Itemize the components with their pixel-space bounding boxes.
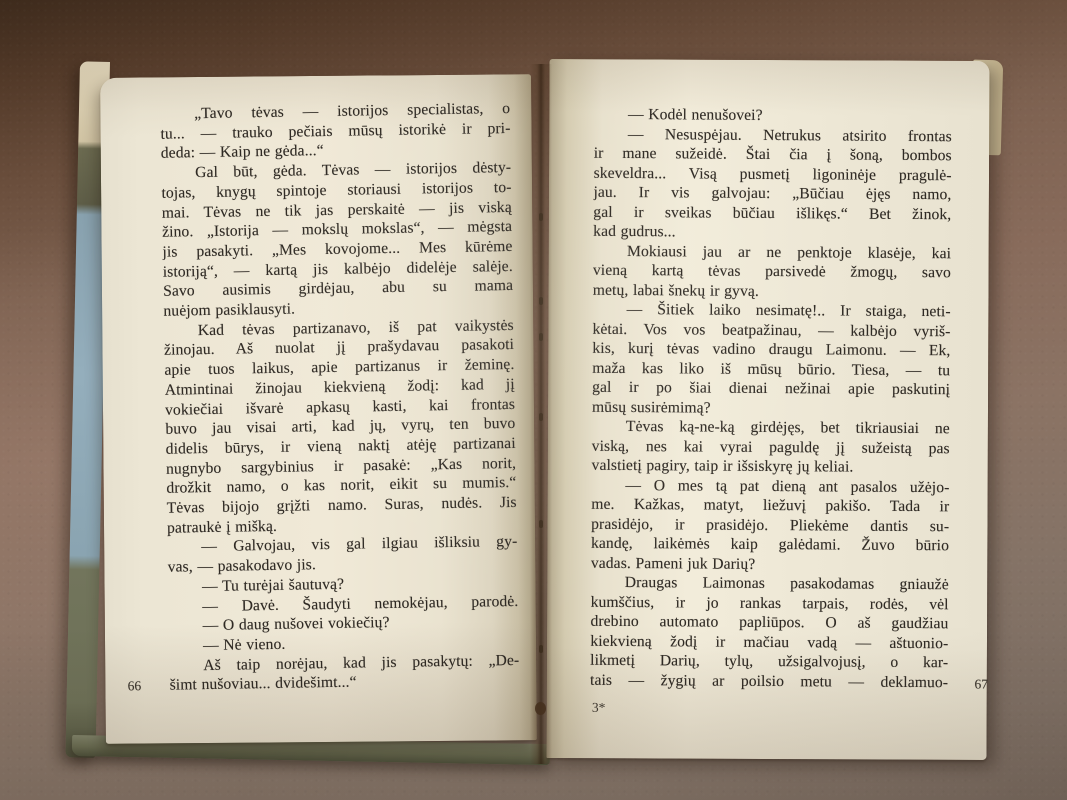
text-line: Tėvas ką-ne-ką girdėjęs, bet tikriausiai… [592, 417, 950, 439]
book-gutter [530, 64, 552, 764]
text-line: prasidėjo, ir prasidėjo. Pliekėme dantis… [591, 514, 949, 536]
text-line: vadas. Pameni juk Darių? [591, 553, 949, 575]
text-line: likmetį Darių, tylų, užsigalvojusį, o ka… [590, 651, 948, 673]
text-line: skeveldra... Visą pusmetį ligoninėje pra… [594, 163, 952, 185]
binding-stitch [539, 645, 543, 653]
text-line: Mokiausi jau ar ne penktoje klasėje, kai [593, 241, 951, 263]
text-line: gal ir sveikas būčiau išlikęs.“ Bet žino… [593, 202, 951, 224]
text-line: kumščius, ir jo rankas tarpais, rodės, v… [591, 592, 949, 614]
text-line: vieną kartą tėvas parsivedė žmogų, savo [593, 261, 951, 283]
text-line: — Kodėl nenušovei? [594, 105, 952, 127]
text-line: drebino automato papliūpos. O aš gaudžia… [590, 612, 948, 634]
text-line: viską, nes kai vyrai paguldę jį sužeistą… [592, 436, 950, 458]
text-line: — O mes tą pat dieną ant pasalos užėjo- [591, 475, 949, 497]
text-line: me. Kažkas, matyt, liežuvį pakišo. Tada … [591, 495, 949, 517]
text-line: kandę, laikėmės kaip galėdami. Žuvo būri… [591, 534, 949, 556]
text-line: jau. Ir vis galvojau: „Būčiau ėjęs namo, [593, 183, 951, 205]
text-line: kiekvieną žodį ir mačiau vadą — aštuonio… [590, 631, 948, 653]
right-page-text: 67 3* — Kodėl nenušovei?— Nesuspėjau. Ne… [590, 105, 952, 692]
text-line: kėtai. Vos vos beatpažinau, — kalbėjo vy… [592, 319, 950, 341]
gutter-ink-spot [535, 702, 546, 715]
text-line: kis, kurį tėvas vadino draugu Laimonu. —… [592, 339, 950, 361]
binding-stitch [539, 213, 543, 221]
text-line: kad gudrus... [593, 222, 951, 244]
right-page: 67 3* — Kodėl nenušovei?— Nesuspėjau. Ne… [546, 59, 989, 760]
left-page: 66 „Tavo tėvas — istorijos specialistas,… [100, 74, 537, 744]
text-line: Draugas Laimonas pasakodamas gniaužė [591, 573, 949, 595]
text-line: tais — žygių ar poilsio metu — deklamuo- [590, 670, 948, 692]
text-line: gal ir po šiai dienai nežinai apie pasku… [592, 378, 950, 400]
binding-stitch [539, 297, 543, 305]
signature-mark: 3* [592, 700, 606, 716]
text-line: — Šitiek laiko nesimatę!.. Ir staiga, ne… [593, 300, 951, 322]
photo-background: 66 „Tavo tėvas — istorijos specialistas,… [0, 0, 1067, 800]
text-line: — Nesuspėjau. Netrukus atsirito frontas [594, 124, 952, 146]
text-line: metų, labai šnekų ir gyvą. [593, 280, 951, 302]
binding-stitch [539, 520, 543, 528]
binding-stitch [539, 333, 543, 341]
right-page-number: 67 [975, 676, 989, 692]
open-book: 66 „Tavo tėvas — istorijos specialistas,… [0, 0, 1067, 800]
text-line: ir mane sužeidė. Štai čia į šoną, bombos [594, 144, 952, 166]
binding-stitch [539, 413, 543, 421]
text-line: maža kas liko iš mūsų būrio. Tiesa, — tu [592, 358, 950, 380]
left-page-text: 66 „Tavo tėvas — istorijos specialistas,… [160, 99, 520, 696]
left-page-number: 66 [128, 678, 142, 694]
text-line: mūsų susirėmimą? [592, 397, 950, 419]
text-line: valstietį pagiry, taip ir išsiskyrę jų k… [592, 456, 950, 478]
